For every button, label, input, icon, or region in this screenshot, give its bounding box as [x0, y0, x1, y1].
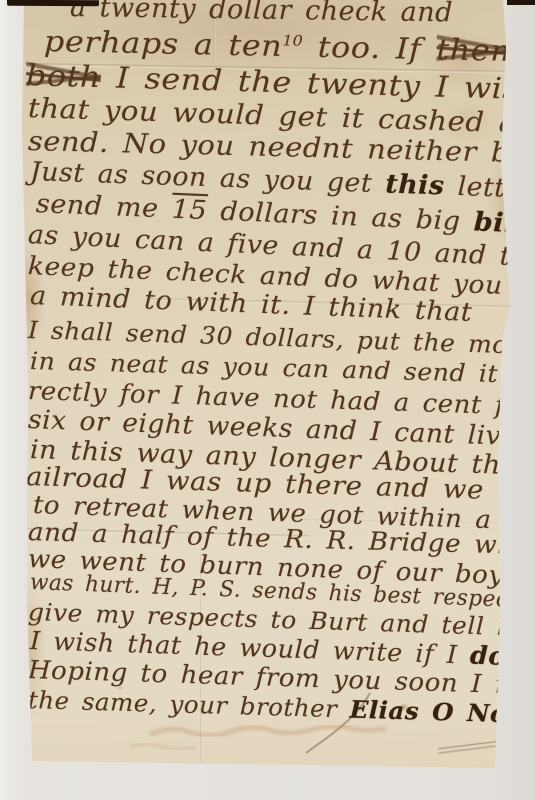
superscript-number: 10 — [282, 33, 303, 49]
emphasized-handwriting: this — [385, 169, 445, 201]
letter-paper: a twenty dollar check andperhaps a ten10… — [0, 0, 535, 800]
emphasized-handwriting: dont — [470, 641, 535, 672]
letter-line-1: a twenty dollar check and — [70, 0, 453, 28]
scanned-letter-page: Scanned page of a handwritten cursive le… — [0, 0, 535, 800]
crossed-out-word: both — [26, 58, 102, 94]
handwriting-text: a twenty dollar check and — [70, 0, 453, 28]
scanner-edge-bar-right — [507, 0, 535, 5]
crossed-out-word: them — [436, 32, 521, 68]
emphasized-handwriting: Elias O Norton — [349, 695, 535, 730]
emphasized-handwriting: bills — [473, 207, 535, 240]
handwriting-text: 15 — [171, 195, 208, 226]
handwritten-text-layer: a twenty dollar check andperhaps a ten10… — [0, 0, 535, 800]
handwriting-text: letter — [444, 171, 535, 204]
handwriting-text: too. If — [302, 29, 436, 66]
scanner-edge-bar-left — [7, 0, 99, 6]
handwriting-text: send me — [35, 189, 172, 225]
handwriting-text: perhaps a ten — [44, 24, 283, 63]
